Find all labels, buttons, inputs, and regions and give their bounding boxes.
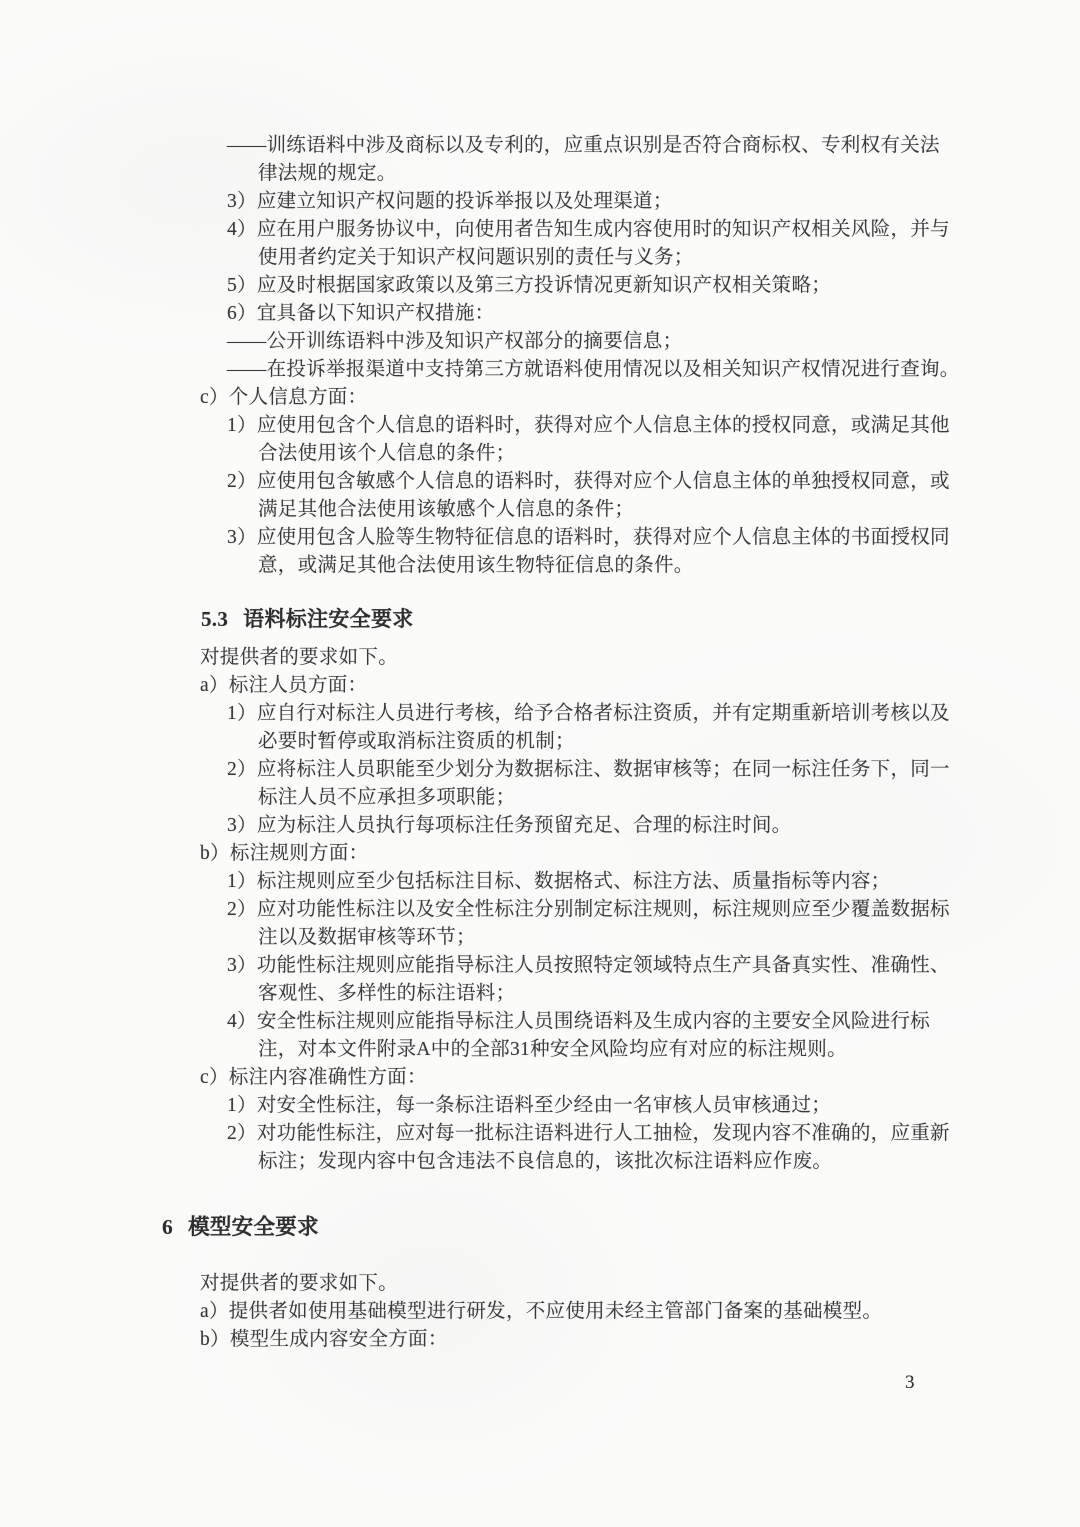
lettered-list-item: b）模型生成内容安全方面：	[0, 1326, 1080, 1354]
document-body: ——训练语料中涉及商标以及专利的，应重点识别是否符合商标权、专利权有关法律法规的…	[0, 132, 1080, 1354]
section-title: 模型安全要求	[188, 1215, 319, 1239]
numbered-list-item: 6）宜具备以下知识产权措施：	[0, 300, 1080, 328]
numbered-list-item: 3）应为标注人员执行每项标注任务预留充足、合理的标注时间。	[0, 812, 1080, 840]
numbered-list-item: 5）应及时根据国家政策以及第三方投诉情况更新知识产权相关策略；	[0, 272, 1080, 300]
lettered-list-item: a）提供者如使用基础模型进行研发，不应使用未经主管部门备案的基础模型。	[0, 1298, 1080, 1326]
page-number: 3	[905, 1372, 915, 1394]
numbered-list-item: 1）应使用包含个人信息的语料时，获得对应个人信息主体的授权同意，或满足其他	[0, 412, 1080, 440]
lettered-list-item: c）标注内容准确性方面：	[0, 1064, 1080, 1092]
dash-list-item: ——在投诉举报渠道中支持第三方就语料使用情况以及相关知识产权情况进行查询。	[0, 356, 1080, 384]
numbered-list-item: 2）对功能性标注，应对每一批标注语料进行人工抽检，发现内容不准确的，应重新	[0, 1120, 1080, 1148]
section-number: 6	[162, 1212, 173, 1242]
lettered-list-item: b）标注规则方面：	[0, 840, 1080, 868]
list-item-continuation: 合法使用该个人信息的条件；	[0, 440, 1080, 468]
dash-list-item: ——公开训练语料中涉及知识产权部分的摘要信息；	[0, 328, 1080, 356]
numbered-list-item: 1）标注规则应至少包括标注目标、数据格式、标注方法、质量指标等内容；	[0, 868, 1080, 896]
section-heading: 6模型安全要求	[0, 1212, 1080, 1242]
list-item-continuation: 标注；发现内容中包含违法不良信息的，该批次标注语料应作废。	[0, 1148, 1080, 1176]
paragraph: 对提供者的要求如下。	[0, 644, 1080, 672]
list-item-continuation: 标注人员不应承担多项职能；	[0, 784, 1080, 812]
numbered-list-item: 2）应对功能性标注以及安全性标注分别制定标注规则，标注规则应至少覆盖数据标	[0, 896, 1080, 924]
numbered-list-item: 3）应使用包含人脸等生物特征信息的语料时，获得对应个人信息主体的书面授权同	[0, 524, 1080, 552]
numbered-list-item: 4）应在用户服务协议中，向使用者告知生成内容使用时的知识产权相关风险，并与	[0, 216, 1080, 244]
numbered-list-item: 3）功能性标注规则应能指导标注人员按照特定领域特点生产具备真实性、准确性、	[0, 952, 1080, 980]
numbered-list-item: 3）应建立知识产权问题的投诉举报以及处理渠道；	[0, 188, 1080, 216]
list-item-continuation: 注以及数据审核等环节；	[0, 924, 1080, 952]
subsection-heading: 5.3语料标注安全要求	[0, 604, 1080, 634]
numbered-list-item: 2）应将标注人员职能至少划分为数据标注、数据审核等；在同一标注任务下，同一	[0, 756, 1080, 784]
section-number: 5.3	[201, 604, 228, 634]
dash-list-item: ——训练语料中涉及商标以及专利的，应重点识别是否符合商标权、专利权有关法	[0, 132, 1080, 160]
list-item-continuation: 客观性、多样性的标注语料；	[0, 980, 1080, 1008]
list-item-continuation: 注，对本文件附录A中的全部31种安全风险均应有对应的标注规则。	[0, 1036, 1080, 1064]
numbered-list-item: 2）应使用包含敏感个人信息的语料时，获得对应个人信息主体的单独授权同意，或	[0, 468, 1080, 496]
section-title: 语料标注安全要求	[243, 607, 413, 631]
numbered-list-item: 1）应自行对标注人员进行考核，给予合格者标注资质，并有定期重新培训考核以及	[0, 700, 1080, 728]
list-item-continuation: 使用者约定关于知识产权问题识别的责任与义务；	[0, 244, 1080, 272]
list-item-continuation: 满足其他合法使用该敏感个人信息的条件；	[0, 496, 1080, 524]
lettered-list-item: c）个人信息方面：	[0, 384, 1080, 412]
paragraph: 对提供者的要求如下。	[0, 1270, 1080, 1298]
list-item-continuation: 律法规的规定。	[0, 160, 1080, 188]
numbered-list-item: 1）对安全性标注，每一条标注语料至少经由一名审核人员审核通过；	[0, 1092, 1080, 1120]
list-item-continuation: 意，或满足其他合法使用该生物特征信息的条件。	[0, 552, 1080, 580]
lettered-list-item: a）标注人员方面：	[0, 672, 1080, 700]
numbered-list-item: 4）安全性标注规则应能指导标注人员围绕语料及生成内容的主要安全风险进行标	[0, 1008, 1080, 1036]
list-item-continuation: 必要时暂停或取消标注资质的机制；	[0, 728, 1080, 756]
